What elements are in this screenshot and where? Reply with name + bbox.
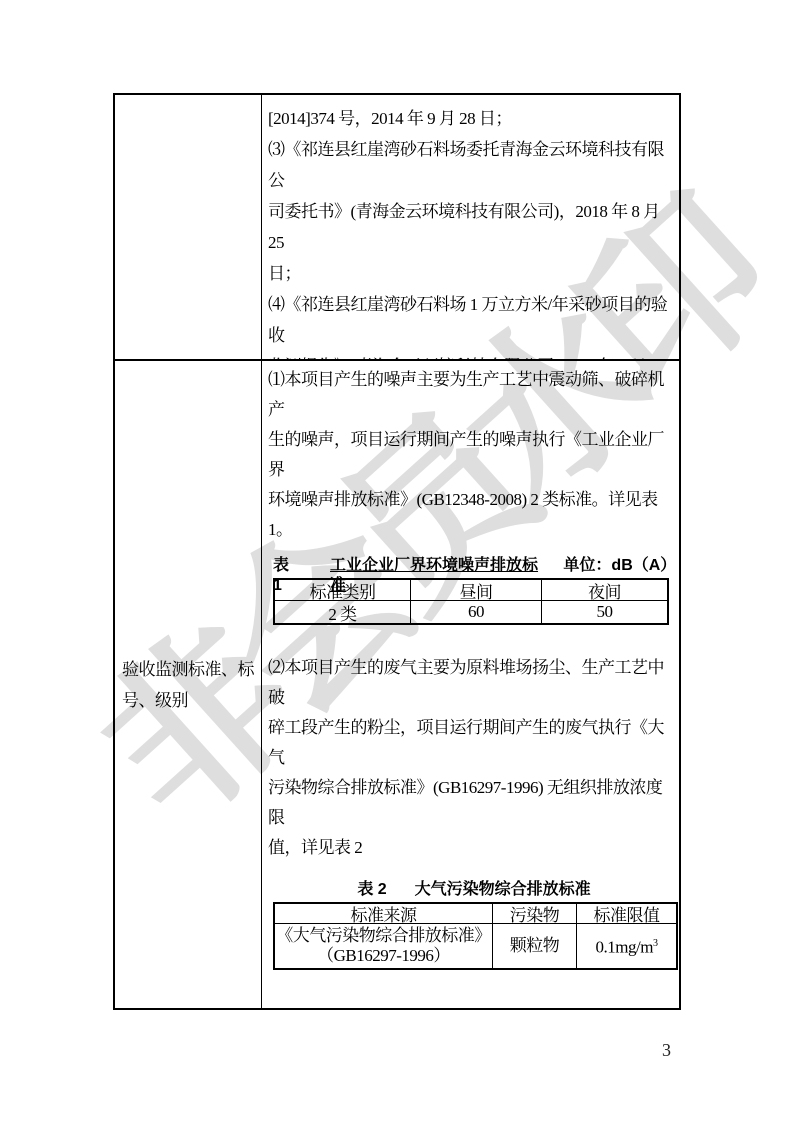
text-line: 生的噪声，项目运行期间产生的噪声执行《工业企业厂界 (268, 425, 675, 485)
limit-value: 0.1mg/m3 (596, 934, 658, 958)
text-line: ⑶《祁连县红崖湾砂石料场委托青海金云环境科技有限公 (268, 134, 675, 196)
table2-source-cell: 《大气污染物综合排放标准》 （GB16297-1996） (275, 924, 493, 968)
text-line: 日； (268, 258, 675, 289)
table1-data-cell: 50 (542, 601, 667, 623)
table1-data-cell: 2 类 (275, 601, 411, 623)
text-line: ⑷《祁连县红崖湾砂石料场 1 万立方米/年采砂项目的验收 (268, 289, 675, 351)
text-line: ⑵本项目产生的废气主要为原料堆场扬尘、生产工艺中破 (268, 653, 675, 713)
pollutant-name: 颗粒物 (510, 936, 560, 956)
table1-header-row: 标准类别昼间夜间 (275, 580, 667, 601)
page-number: 3 (662, 1040, 671, 1061)
acceptance-report-table: [2014]374 号，2014 年 9 月 28 日；⑶《祁连县红崖湾砂石料场… (113, 93, 681, 1010)
row2-label-cell: 验收监测标准、标号、级别 (115, 361, 262, 1008)
table1-header-cell: 夜间 (542, 580, 667, 601)
row1-reference-documents-cell: [2014]374 号，2014 年 9 月 28 日；⑶《祁连县红崖湾砂石料场… (262, 95, 679, 361)
table2-limit-cell: 0.1mg/m3 (577, 924, 676, 968)
label-line: 号、级别 (122, 685, 254, 716)
limit-exponent: 3 (653, 938, 658, 949)
row-label-monitoring-standards: 验收监测标准、标号、级别 (122, 654, 254, 716)
table1-data-cell: 60 (411, 601, 542, 623)
text-line: 监测报告》(青海金云环境科技有限公司) 2018 年 9 月 11 (268, 351, 675, 361)
table1-data-row: 2 类6050 (275, 601, 667, 623)
row2-standards-content-cell: ⑴本项目产生的噪声主要为生产工艺中震动筛、破碎机产生的噪声，项目运行期间产生的噪… (262, 361, 679, 1008)
table2-header-cell: 标准来源 (275, 904, 493, 924)
text-line: 碎工段产生的粉尘，项目运行期间产生的废气执行《大气 (268, 713, 675, 773)
row1-label-cell-empty (115, 95, 262, 361)
table2-pollutant-cell: 颗粒物 (493, 924, 577, 968)
source-line2: （GB16297-1996） (317, 946, 450, 966)
reference-documents-lines: [2014]374 号，2014 年 9 月 28 日；⑶《祁连县红崖湾砂石料场… (268, 103, 675, 361)
text-line: 环境噪声排放标准》(GB12348-2008) 2 类标准。详见表 1。 (268, 485, 675, 545)
table1-header-cell: 标准类别 (275, 580, 411, 601)
table1-block: 表 1 工业企业厂界环境噪声排放标准 单位：dB（A） 标准类别昼间夜间 2 类… (273, 556, 675, 625)
text-line: [2014]374 号，2014 年 9 月 28 日； (268, 103, 675, 134)
text-line: 污染物综合排放标准》(GB16297-1996) 无组织排放浓度限 (268, 773, 675, 833)
noise-paragraph: ⑴本项目产生的噪声主要为生产工艺中震动筛、破碎机产生的噪声，项目运行期间产生的噪… (268, 365, 675, 545)
text-line: 司委托书》(青海金云环境科技有限公司)，2018 年 8 月 25 (268, 196, 675, 258)
text-line: ⑴本项目产生的噪声主要为生产工艺中震动筛、破碎机产 (268, 365, 675, 425)
table2-header-row: 标准来源污染物标准限值 (275, 904, 676, 924)
table2-title: 表 2 大气污染物综合排放标准 (273, 880, 675, 900)
air-pollutant-standard-table: 标准来源污染物标准限值 《大气污染物综合排放标准》 （GB16297-1996）… (273, 902, 678, 970)
label-line: 验收监测标准、标 (122, 654, 254, 685)
table1-unit: 单位：dB（A） (563, 556, 675, 576)
table2-label: 表 2 (357, 880, 386, 900)
table2-block: 表 2 大气污染物综合排放标准 标准来源污染物标准限值 《大气污染物综合排放标准… (273, 880, 675, 970)
text-line: 值，详见表 2 (268, 833, 675, 863)
table2-standard-name: 大气污染物综合排放标准 (415, 880, 591, 900)
exhaust-gas-paragraph: ⑵本项目产生的废气主要为原料堆场扬尘、生产工艺中破碎工段产生的粉尘，项目运行期间… (268, 653, 675, 863)
source-line1: 《大气污染物综合排放标准》 (276, 926, 491, 946)
noise-standard-table: 标准类别昼间夜间 2 类6050 (273, 578, 669, 625)
table2-header-cell: 标准限值 (577, 904, 676, 924)
table1-header-cell: 昼间 (411, 580, 542, 601)
table2-data-row: 《大气污染物综合排放标准》 （GB16297-1996） 颗粒物 0.1mg/m… (275, 924, 676, 968)
table1-title: 表 1 工业企业厂界环境噪声排放标准 单位：dB（A） (273, 556, 675, 576)
document-page: 非会员水印 [2014]374 号，2014 年 9 月 28 日；⑶《祁连县红… (0, 0, 793, 1122)
table2-header-cell: 污染物 (493, 904, 577, 924)
